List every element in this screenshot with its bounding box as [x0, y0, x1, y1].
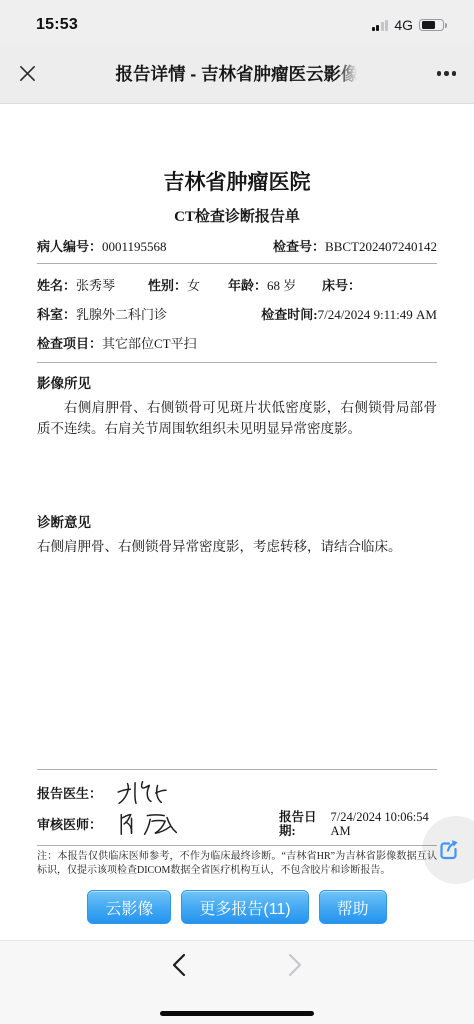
findings-text: 右侧肩胛骨、右侧锁骨可见斑片状低密度影，右侧锁骨局部骨质不连续。右肩关节周围软组…	[37, 397, 437, 439]
dept-row: 科室：乳腺外二科门诊 检查时间:7/24/2024 9:11:49 AM	[37, 304, 437, 323]
network-type-label: 4G	[394, 17, 413, 33]
signal-bar	[372, 27, 375, 31]
header-bar: 报告详情 - 吉林省肿瘤医云影像	[0, 44, 474, 104]
more-icon	[452, 71, 457, 76]
age-label: 年龄：	[228, 278, 267, 293]
findings-title: 影像所见	[37, 372, 437, 392]
status-indicators: 4G	[372, 17, 444, 33]
cloud-imaging-button[interactable]: 云影像	[87, 890, 171, 924]
exam-no-value: BBCT202407240142	[325, 239, 437, 254]
patient-no-value: 0001195568	[102, 239, 167, 254]
gender-label: 性别：	[148, 278, 187, 293]
signal-bar	[376, 25, 379, 31]
exam-item-label: 检查项目：	[37, 336, 102, 351]
report-doctor-row: 报告医生：	[37, 777, 437, 808]
share-icon	[435, 836, 463, 864]
age-value: 68 岁	[267, 278, 296, 293]
review-doctor-signature	[112, 810, 194, 838]
exam-time-value: 7/24/2024 9:11:49 AM	[318, 307, 437, 322]
report-type-title: CT检查诊断报告单	[37, 205, 437, 226]
more-icon	[437, 71, 442, 76]
page-title: 报告详情 - 吉林省肿瘤医云影像	[115, 64, 358, 84]
title-area: 报告详情 - 吉林省肿瘤医云影像	[52, 61, 422, 86]
report-page: 吉林省肿瘤医院 CT检查诊断报告单 病人编号：0001195568 检查号：BB…	[0, 104, 474, 940]
gender-value: 女	[187, 278, 200, 293]
bed-label: 床号：	[322, 278, 361, 293]
diagnosis-text: 右侧肩胛骨、右侧锁骨异常密度影，考虑转移，请结合临床。	[37, 536, 437, 557]
exam-no-label: 检查号：	[273, 239, 325, 254]
chevron-right-icon	[290, 955, 300, 975]
age-field: 年龄：68 岁	[228, 275, 322, 294]
clock: 15:53	[36, 16, 78, 34]
dept-value: 乳腺外二科门诊	[76, 307, 167, 322]
title-box: 报告详情 - 吉林省肿瘤医云影像	[115, 61, 358, 86]
more-menu-button[interactable]	[422, 57, 456, 91]
battery-fill	[422, 21, 436, 29]
title-fade	[337, 61, 359, 86]
report-doctor-label: 报告医生：	[37, 783, 102, 802]
screen: 15:53 4G 报告详情 - 吉林省肿瘤医云影像	[0, 0, 474, 1024]
signature-section: 报告医生： 审核医师：	[37, 769, 437, 846]
exam-item-row: 检查项目：其它部位CT平扫	[37, 333, 437, 363]
help-button[interactable]: 帮助	[319, 890, 387, 924]
dept-field: 科室：乳腺外二科门诊	[37, 304, 167, 323]
close-button[interactable]	[18, 57, 52, 91]
patient-row: 姓名：张秀琴 性别：女 年龄：68 岁 床号：	[37, 264, 437, 294]
report-date-value: 7/24/2024 10:06:54 AM	[331, 810, 437, 838]
gender-field: 性别：女	[148, 275, 228, 294]
home-indicator[interactable]	[160, 1011, 314, 1017]
exam-no: 检查号：BBCT202407240142	[273, 236, 437, 255]
exam-time-field: 检查时间:7/24/2024 9:11:49 AM	[261, 304, 437, 323]
signal-bar	[381, 22, 384, 31]
review-doctor-label: 审核医师：	[37, 814, 102, 833]
exam-time-label: 检查时间:	[261, 307, 317, 322]
name-field: 姓名：张秀琴	[37, 275, 148, 294]
more-reports-button[interactable]: 更多报告(11)	[181, 890, 308, 924]
name-label: 姓名：	[37, 278, 76, 293]
close-icon	[18, 64, 37, 83]
report-date-label: 报告日期:	[279, 810, 331, 838]
report-document: 吉林省肿瘤医院 CT检查诊断报告单 病人编号：0001195568 检查号：BB…	[0, 166, 474, 924]
nav-forward-button[interactable]	[284, 952, 306, 978]
signal-bar	[385, 20, 388, 31]
id-row: 病人编号：0001195568 检查号：BBCT202407240142	[37, 236, 437, 264]
dept-label: 科室：	[37, 307, 76, 322]
status-bar: 15:53 4G	[0, 0, 474, 44]
signal-strength-icon	[372, 20, 389, 31]
nav-back-button[interactable]	[168, 952, 190, 978]
report-doctor-signature	[112, 778, 190, 808]
diagnosis-title: 诊断意见	[37, 511, 437, 531]
review-doctor-row: 审核医师： 报告日	[37, 808, 437, 839]
exam-item-value: 其它部位CT平扫	[102, 336, 197, 351]
more-icon	[444, 71, 449, 76]
patient-no-label: 病人编号：	[37, 239, 102, 254]
hospital-name: 吉林省肿瘤医院	[37, 166, 437, 196]
battery-tip	[445, 23, 447, 28]
name-value: 张秀琴	[76, 278, 115, 293]
bed-field: 床号：	[322, 275, 437, 294]
report-footnote: 注：本报告仅供临床医师参考，不作为临床最终诊断。“吉林省HR”为吉林省影像数据互…	[37, 850, 437, 877]
chevron-left-icon	[174, 955, 184, 975]
action-buttons: 云影像 更多报告(11) 帮助	[37, 890, 437, 924]
patient-no: 病人编号：0001195568	[37, 236, 167, 255]
battery-icon	[419, 19, 444, 32]
browser-nav-bar	[0, 940, 474, 1024]
report-date-field: 报告日期: 7/24/2024 10:06:54 AM	[279, 810, 437, 838]
